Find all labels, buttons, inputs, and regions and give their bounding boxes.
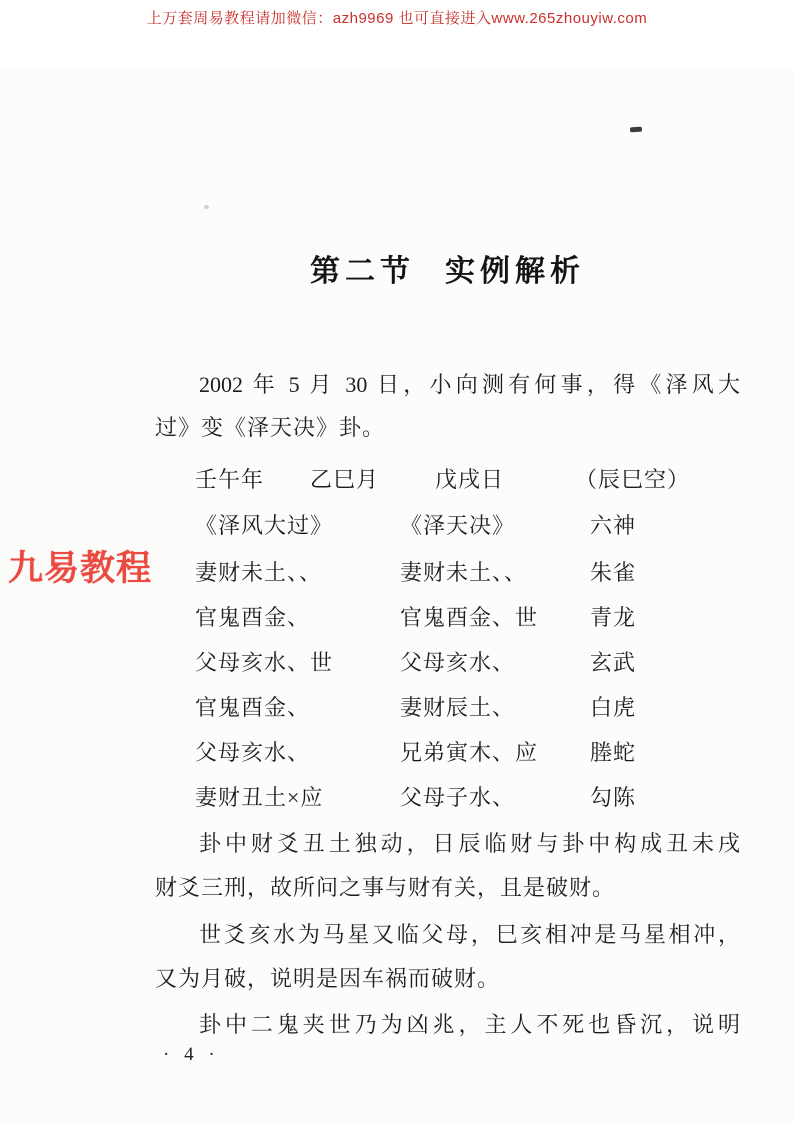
six-god: 塍蛇 — [590, 736, 636, 767]
analysis-para2-line1: 世爻亥水为马星又临父母，巳亥相冲是马星相冲， — [199, 922, 740, 948]
analysis-para1-line2: 财爻三刑，故所问之事与财有关，且是破财。 — [155, 875, 740, 901]
scan-artifact-speck — [204, 205, 209, 209]
promo-banner-text: 上万套周易教程请加微信：azh9969 也可直接进入www.265zhouyiw… — [0, 7, 794, 28]
changed-line: 妻财未土、、 — [400, 556, 527, 587]
six-god: 朱雀 — [590, 556, 636, 587]
changed-line: 父母亥水、 — [400, 646, 515, 677]
changed-line: 妻财辰土、 — [400, 691, 515, 722]
six-god: 玄武 — [590, 646, 636, 677]
hexagram-line-row: 妻财未土、、 妻财未土、、 朱雀 — [155, 556, 755, 586]
date-row: 壬午年 乙巳月 戊戌日 （辰巳空） — [155, 463, 755, 493]
analysis-para1-line1: 卦中财爻丑土独动，日辰临财与卦中构成丑未戌 — [199, 831, 740, 857]
intro-paragraph-line2: 过》变《泽天决》卦。 — [155, 415, 740, 441]
original-line: 妻财丑土×应 — [195, 781, 323, 812]
changed-line: 官鬼酉金、世 — [400, 601, 538, 632]
original-line: 官鬼酉金、 — [195, 601, 310, 632]
original-line: 妻财未土、、 — [195, 556, 322, 587]
analysis-para3-line1: 卦中二鬼夹世乃为凶兆，主人不死也昏沉，说明 — [199, 1012, 740, 1038]
hexagram-line-row: 妻财丑土×应 父母子水、 勾陈 — [155, 781, 755, 811]
changed-line: 兄弟寅木、应 — [400, 736, 538, 767]
day-pillar: 戊戌日 — [435, 463, 504, 494]
page-number: · 4 · — [163, 1044, 220, 1066]
six-god: 青龙 — [590, 601, 636, 632]
six-god: 勾陈 — [590, 781, 636, 812]
section-number: 第二节 — [310, 246, 415, 290]
hexagram-line-row: 官鬼酉金、 妻财辰土、 白虎 — [155, 691, 755, 721]
month-pillar: 乙巳月 — [310, 463, 379, 494]
scan-artifact-dash — [630, 127, 642, 133]
original-line: 父母亥水、世 — [195, 646, 333, 677]
analysis-para2-line2: 又为月破，说明是因车祸而破财。 — [155, 966, 740, 992]
watermark-text: 九易教程 — [8, 541, 152, 591]
intro-paragraph-line1: 2002 年 5 月 30 日，小向测有何事，得《泽风大 — [199, 372, 740, 398]
six-god: 白虎 — [590, 691, 636, 722]
section-title: 实例解析 — [445, 246, 585, 290]
page-scan-background — [0, 66, 794, 1123]
hexagram-header-row: 《泽风大过》 《泽天决》 六神 — [155, 509, 755, 539]
year-pillar: 壬午年 — [195, 463, 264, 494]
void-branches: （辰巳空） — [575, 463, 690, 494]
original-line: 官鬼酉金、 — [195, 691, 310, 722]
six-gods-header: 六神 — [590, 509, 636, 540]
section-heading: 第二节 实例解析 — [155, 246, 740, 290]
changed-line: 父母子水、 — [400, 781, 515, 812]
changed-hexagram-name: 《泽天决》 — [400, 509, 515, 540]
hexagram-line-row: 父母亥水、 兄弟寅木、应 塍蛇 — [155, 736, 755, 766]
original-hexagram-name: 《泽风大过》 — [195, 509, 333, 540]
hexagram-line-row: 官鬼酉金、 官鬼酉金、世 青龙 — [155, 601, 755, 631]
scanned-book-page: { "banner": { "text": "上万套周易教程请加微信：azh99… — [0, 0, 794, 1123]
hexagram-line-row: 父母亥水、世 父母亥水、 玄武 — [155, 646, 755, 676]
original-line: 父母亥水、 — [195, 736, 310, 767]
